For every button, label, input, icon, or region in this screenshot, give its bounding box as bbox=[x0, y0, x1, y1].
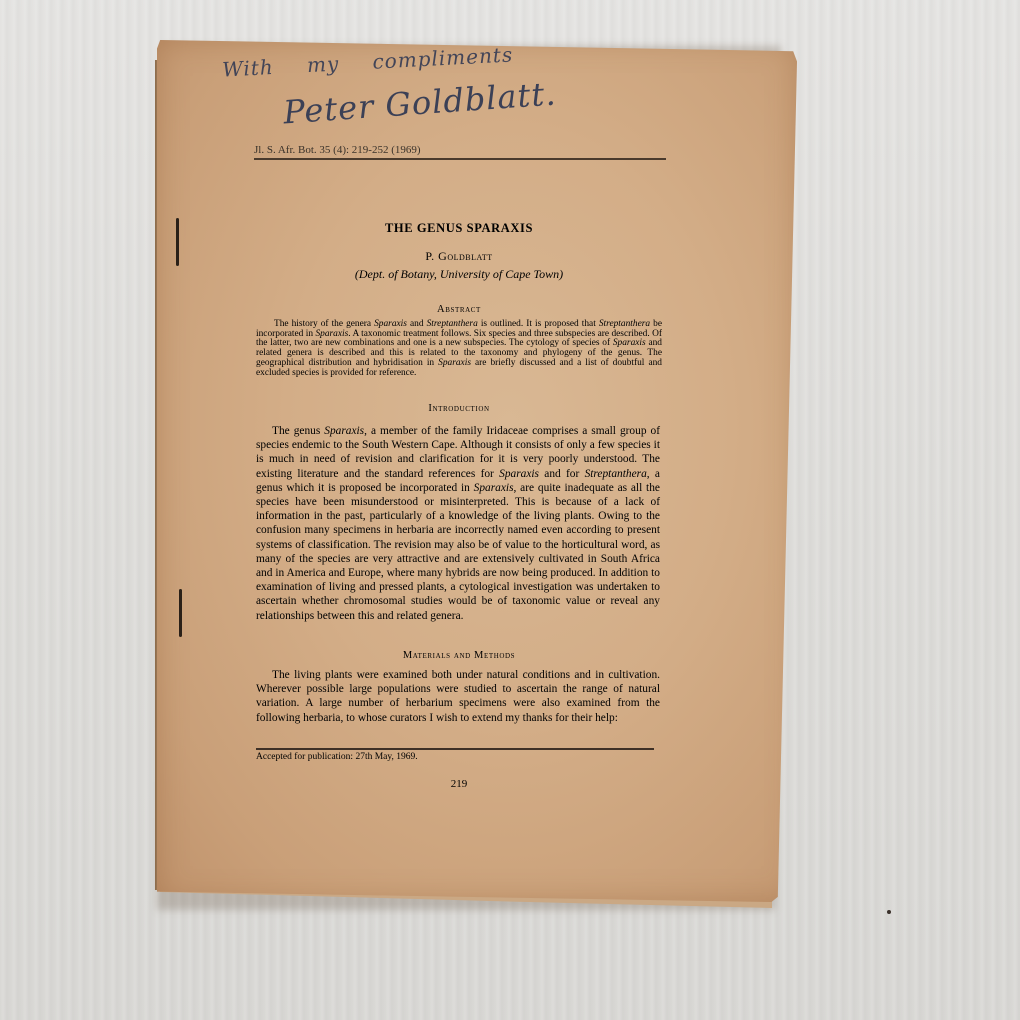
abstract-text: The history of the genera Sparaxis and S… bbox=[256, 320, 662, 378]
author: P. Goldblatt bbox=[253, 249, 665, 264]
wall-speck bbox=[887, 910, 891, 914]
paper-title: THE GENUS SPARAXIS bbox=[253, 221, 665, 236]
journal-citation: Jl. S. Afr. Bot. 35 (4): 219-252 (1969) bbox=[254, 144, 421, 156]
introduction-heading: Introduction bbox=[253, 403, 665, 414]
affiliation: (Dept. of Botany, University of Cape Tow… bbox=[253, 267, 665, 282]
methods-text: The living plants were examined both und… bbox=[256, 668, 660, 725]
footnote-rule bbox=[256, 748, 654, 750]
methods-heading: Materials and Methods bbox=[253, 650, 665, 661]
page-number: 219 bbox=[253, 778, 665, 790]
introduction-text: The genus Sparaxis, a member of the fami… bbox=[256, 424, 660, 623]
staple-bottom bbox=[179, 589, 182, 637]
staple-top bbox=[176, 218, 179, 266]
acceptance-footnote: Accepted for publication: 27th May, 1969… bbox=[256, 752, 418, 762]
abstract-heading: Abstract bbox=[253, 304, 665, 315]
header-rule bbox=[254, 158, 666, 160]
